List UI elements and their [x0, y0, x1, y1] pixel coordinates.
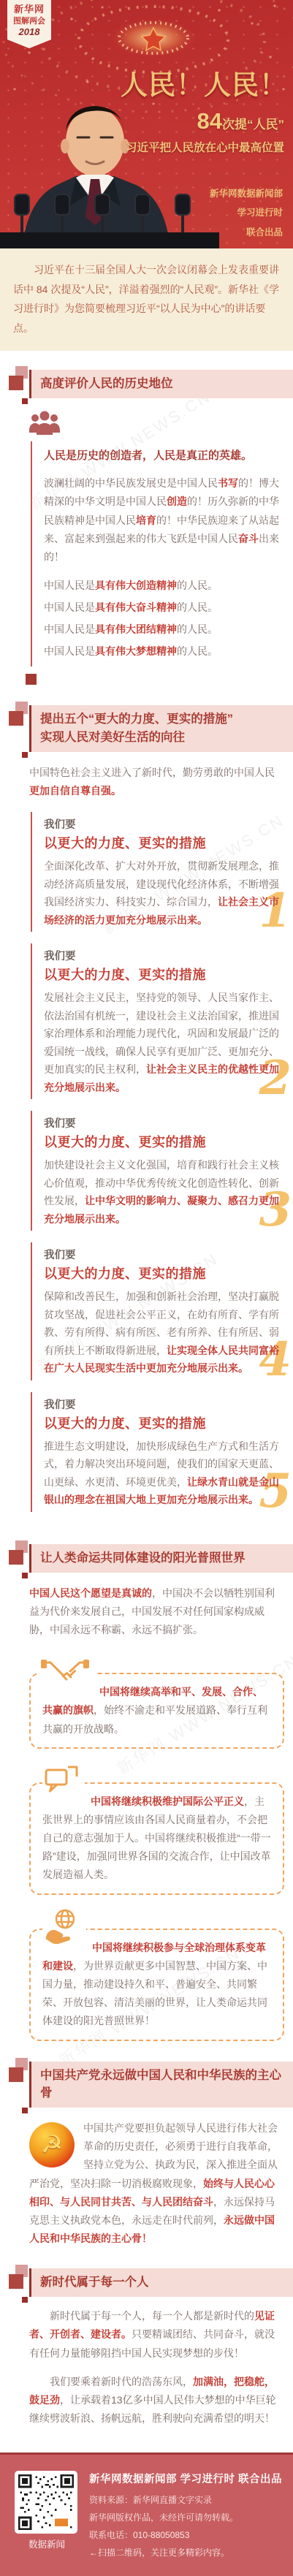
measure-body: 保障和改善民生，加强和创新社会治理，坚决打赢脱贫攻坚战，促进社会公平正义，在幼有… — [44, 1288, 283, 1378]
crowd-icon — [28, 410, 293, 440]
footer-line: 资料来源：新华网直播文字实录 — [89, 2493, 286, 2508]
decor-square-dark — [9, 376, 23, 390]
qr-label: 数据新闻 — [15, 2537, 79, 2550]
section-title: 中国共产党永远做中国人民和中华民族的主心骨 — [40, 2067, 287, 2103]
decor-square-small — [22, 2108, 28, 2113]
quote-end-square — [26, 674, 37, 685]
decor-square-dark — [9, 2067, 23, 2082]
footer-line: 新华网版权作品，未经许可请勿转载。 — [89, 2511, 286, 2526]
decor-square-dark — [9, 1550, 23, 1565]
section-header-measures: 提出五个“更大的力度、更实的措施” 实现人民对美好生活的向往 — [29, 705, 293, 752]
spirit-line: 中国人民是具有伟大奋斗精神的人民。 — [44, 599, 283, 616]
measure-item-5: 我们要 以更大的力度、更实的措施 推进生态文明建设，加快形成绿色生产方式和生活方… — [31, 1392, 293, 1512]
world-box-text: 中国将继续积极维护国际公平正义，主张世界上的事情应该由各国人民商量着办，不会把自… — [42, 1793, 273, 1885]
measure-heading: 以更大的力度、更实的措施 — [44, 1132, 283, 1151]
measures-intro: 中国特色社会主义进入了新时代，勤劳勇敢的中国人民更加自信自尊自强。 — [29, 764, 283, 800]
measure-body: 发展社会主义民主，坚持党的领导、人民当家作主、依法治国有机统一，建设社会主义法治… — [44, 989, 283, 1096]
qr-code — [15, 2471, 77, 2534]
measure-item-3: 我们要 以更大的力度、更实的措施 加快建设社会主义文化强国，培育和践行社会主义核… — [31, 1111, 293, 1231]
party-paragraph-block: ☭ 中国共产党要担负起领导人民进行伟大社会革命的历史责任，必须勇于进行自我革命，… — [29, 2119, 283, 2248]
measure-body: 全面深化改革、扩大对外开放，贯彻新发展理念，推动经济高质量发展，建设现代化经济体… — [44, 857, 283, 929]
section-title: 新时代属于每一个人 — [40, 2273, 287, 2292]
measure-lead: 我们要 — [44, 1115, 283, 1131]
measure-body: 推进生态文明建设，加快形成绿色生产方式和生活方式，着力解决突出环境问题，使我们的… — [44, 1437, 283, 1509]
section-title: 让人类命运共同体建设的阳光普照世界 — [40, 1549, 287, 1568]
decor-square-small — [22, 752, 28, 758]
mention-text: 次提“人民” — [222, 118, 284, 132]
world-intro: 中国人民这个愿望是真诚的，中国决不会以牺牲别国利益为代价来发展自己，中国发展不对… — [29, 1584, 283, 1640]
hero-section: 新华网 图解两会 2018 — [0, 0, 293, 248]
section-header-era: 新时代属于每一个人 — [29, 2268, 293, 2297]
era-paragraph-2: 我们要乘着新时代的浩荡东风，加满油，把稳舵，鼓足劲，让承载着13亿多中国人民伟大… — [29, 2373, 283, 2428]
footer-title: 新华网数据新闻部 学习进行时 联合出品 — [89, 2471, 286, 2486]
measure-body: 加快建设社会主义文化强国，培育和践行社会主义核心价值观，推动中华优秀传统文化创造… — [44, 1156, 283, 1228]
xinhuanet-badge: 新华网 图解两会 2018 — [7, 0, 51, 48]
subtitle-mentions: 84次提“人民” — [197, 108, 284, 134]
globe-in-hand-icon — [42, 1908, 86, 1952]
intro-section: 习近平在十三届全国人大一次会议闭幕会上发表重要讲话中 84 次提及“人民”，洋溢… — [0, 248, 293, 351]
credit-line: 学习进行时 — [210, 203, 283, 222]
footer-line: 联系电话：010-88050853 — [89, 2528, 286, 2543]
measure-lead: 我们要 — [44, 816, 283, 832]
hero-credits: 新华网数据新闻部 学习进行时 联合出品 — [210, 184, 283, 242]
measure-item-1: 我们要 以更大的力度、更实的措施 全面深化改革、扩大对外开放，贯彻新发展理念，推… — [31, 812, 293, 932]
party-emblem-icon: ☭ — [29, 2122, 75, 2167]
measure-heading: 以更大的力度、更实的措施 — [44, 1264, 283, 1283]
measure-heading: 以更大的力度、更实的措施 — [44, 965, 283, 984]
section-title-line1: 提出五个“更大的力度、更实的措施” — [40, 710, 287, 729]
measure-lead: 我们要 — [44, 948, 283, 963]
intro-text: 习近平在十三届全国人大一次会议闭幕会上发表重要讲话中 84 次提及“人民”，洋溢… — [13, 260, 280, 338]
decor-square-small — [22, 398, 28, 404]
badge-brand: 新华网 — [9, 4, 50, 16]
measure-item-2: 我们要 以更大的力度、更实的措施 发展社会主义民主，坚持党的领导、人民当家作主、… — [31, 943, 293, 1099]
speaker-photo — [0, 88, 219, 248]
content-area: 新华网 WWW.NEWS.CN 新华网 WWW.NEWS.CN 新华网 WWW.… — [0, 351, 293, 2452]
world-box-text: 中国将继续积极参与全球治理体系变革和建设，为世界贡献更多中国智慧、中国方案、中国… — [42, 1939, 273, 2031]
measure-item-4: 我们要 以更大的力度、更实的措施 保障和改善民生，加强和创新社会治理，坚决打赢脱… — [31, 1242, 293, 1380]
decor-square-small — [22, 1573, 28, 1578]
qr-logo-mark — [55, 2519, 68, 2526]
world-box-governance: 中国将继续积极参与全球治理体系变革和建设，为世界贡献更多中国智慧、中国方案、中国… — [29, 1929, 284, 2041]
decor-square-small — [22, 2297, 28, 2303]
handshake-icon — [39, 1655, 95, 1693]
credit-line: 新华网数据新闻部 — [210, 184, 283, 203]
spirit-line: 中国人民是具有伟大创造精神的人民。 — [44, 577, 283, 594]
mention-count: 84 — [197, 108, 222, 134]
measure-heading: 以更大的力度、更实的措施 — [44, 1413, 283, 1432]
badge-year: 2018 — [9, 26, 50, 39]
qr-block: 数据新闻 — [15, 2471, 79, 2563]
speech-bubbles-icon — [42, 1763, 85, 1803]
world-box-justice: 中国将继续积极维护国际公平正义，主张世界上的事情应该由各国人民商量着办，不会把自… — [29, 1782, 284, 1895]
badge-product: 图解两会 — [9, 16, 50, 26]
spirit-line: 中国人民是具有伟大梦想精神的人民。 — [44, 643, 283, 660]
era-paragraph-1: 新时代属于每一个人，每一个人都是新时代的见证者、开创者、建设者。只要精诚团结、共… — [29, 2307, 283, 2363]
world-box-peace: 中国将继续高举和平、发展、合作、共赢的旗帜，始终不渝走和平发展道路、奉行互利共赢… — [29, 1673, 284, 1749]
decor-square-dark — [9, 2274, 23, 2289]
measure-lead: 我们要 — [44, 1247, 283, 1262]
section-header-world: 让人类命运共同体建设的阳光普照世界 — [29, 1544, 293, 1573]
quote-lead: 人民是历史的创造者，人民是真正的英雄。 — [44, 447, 283, 465]
infographic-page: 新华网 图解两会 2018 — [0, 0, 293, 2576]
section-header-party: 中国共产党永远做中国人民和中华民族的主心骨 — [29, 2062, 293, 2108]
historic-quote-block: 人民是历史的创造者，人民是真正的英雄。 波澜壮阔的中华民族发展史是中国人民书写的… — [31, 441, 293, 666]
section-header-historic: 高度评价人民的历史地位 — [29, 370, 293, 398]
footer-text-block: 新华网数据新闻部 学习进行时 联合出品 资料来源：新华网直播文字实录 新华网版权… — [89, 2471, 286, 2563]
footer-section: 数据新闻 新华网数据新闻部 学习进行时 联合出品 资料来源：新华网直播文字实录 … — [0, 2452, 293, 2576]
subtitle-position: 习近平把人民放在心中最高位置 — [126, 139, 284, 155]
quote-paragraph: 波澜壮阔的中华民族发展史是中国人民书写的！博大精深的中华文明是中国人民创造的！历… — [44, 474, 283, 566]
measure-lead: 我们要 — [44, 1397, 283, 1412]
main-title: 人民！人民！ — [121, 63, 287, 102]
section-title-line2: 实现人民对美好生活的向往 — [40, 729, 287, 747]
decor-square-dark — [9, 711, 23, 726]
credit-line: 联合出品 — [210, 223, 283, 242]
measure-heading: 以更大的力度、更实的措施 — [44, 833, 283, 852]
spirit-line: 中国人民是具有伟大团结精神的人民。 — [44, 621, 283, 638]
section-title: 高度评价人民的历史地位 — [40, 375, 287, 393]
footer-line: ←扫描二维码，关注更多精彩内容。 — [89, 2546, 286, 2561]
spirit-list: 中国人民是具有伟大创造精神的人民。 中国人民是具有伟大奋斗精神的人民。 中国人民… — [44, 577, 283, 660]
